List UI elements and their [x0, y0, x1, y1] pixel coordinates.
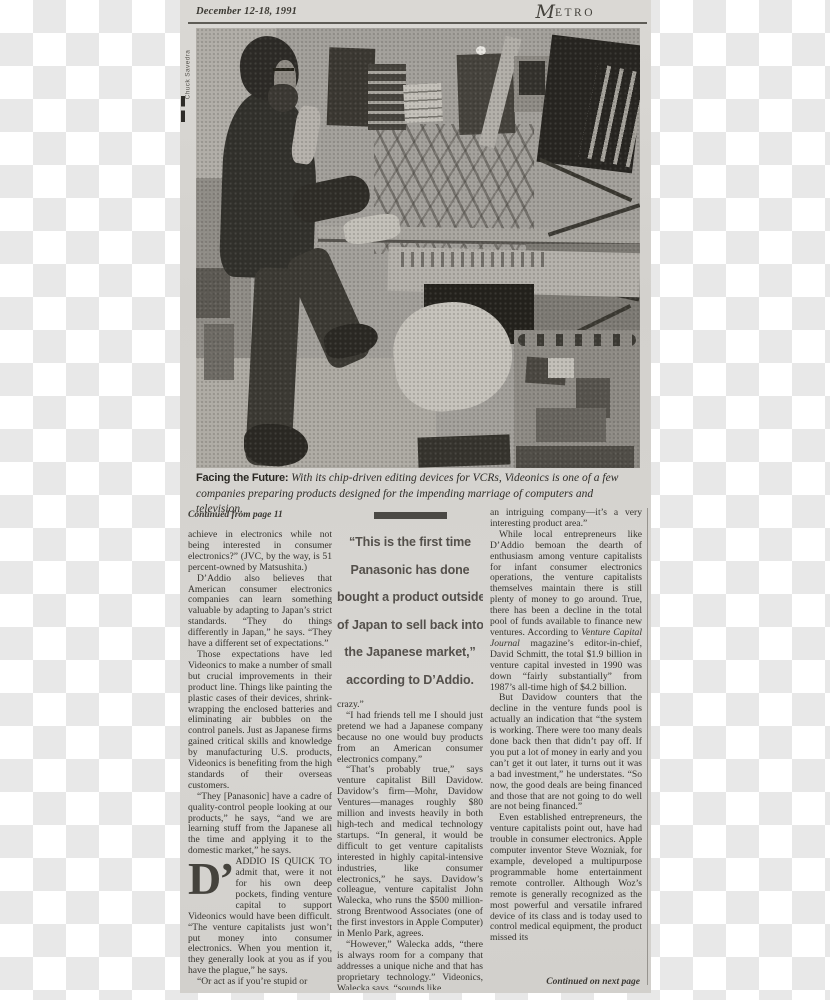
- paragraph: “Or act as if you’re stupid or: [188, 977, 332, 988]
- paragraph: “That’s probably true,” says venture cap…: [337, 765, 483, 940]
- news-photo: [196, 28, 640, 468]
- header-rule: [188, 22, 647, 24]
- pull-quote-line: bought a product outside: [337, 590, 483, 604]
- paragraph: Even established entrepreneurs, the vent…: [490, 813, 642, 944]
- photo-man-boot: [244, 424, 308, 466]
- photo-man-beard: [268, 84, 298, 112]
- pull-quote: “This is the first time Panasonic has do…: [337, 512, 483, 687]
- paragraph: achieve in electronics while not being i…: [188, 530, 332, 574]
- drop-cap: D’: [188, 859, 233, 905]
- pull-quote-bar: [374, 512, 447, 519]
- continued-next: Continued on next page: [546, 977, 640, 987]
- masthead-initial: M: [536, 1, 555, 23]
- paragraph: Those expectations have led Videonics to…: [188, 650, 332, 792]
- photo-knob-row: [518, 334, 636, 346]
- transparency-checkerboard: December 12-18, 1991 METRO Chuck Savedra: [0, 0, 830, 1000]
- photo-circuit-part: [536, 408, 606, 442]
- masthead: METRO: [536, 1, 596, 23]
- paragraph: “I had friends tell me I should just pre…: [337, 711, 483, 766]
- column-middle: “This is the first time Panasonic has do…: [337, 508, 483, 990]
- paragraph: But Davidow counters that the decline in…: [490, 693, 642, 813]
- photo-bench-connectors: [401, 252, 551, 267]
- caption-label: Facing the Future:: [196, 472, 288, 484]
- paragraph: “They [Panasonic] have a cadre of qualit…: [188, 792, 332, 857]
- photo-labeled-box: [403, 83, 443, 123]
- photo-man-glasses: [273, 68, 294, 71]
- newspaper-page: December 12-18, 1991 METRO Chuck Savedra: [180, 0, 651, 993]
- paragraph-text: While local entrepreneurs like D’Addio b…: [490, 529, 642, 638]
- paragraph: an intriguing company—it’s a very intere…: [490, 508, 642, 530]
- paragraph-dropcap: D’ADDIO IS QUICK TO admit that, were it …: [188, 857, 332, 977]
- photo-side-equipment: [196, 268, 230, 318]
- page-edge-mark: [181, 96, 185, 122]
- pull-quote-line: Panasonic has done: [337, 563, 483, 577]
- photo-circuit-part: [548, 358, 574, 378]
- column-right: an intriguing company—it’s a very intere…: [490, 508, 642, 990]
- photo-equipment-rack: [368, 64, 406, 130]
- paragraph: D’Addio also believes that American cons…: [188, 574, 332, 650]
- photo-foreground-device: [516, 446, 634, 468]
- photo-credit: Chuck Savedra: [185, 40, 192, 110]
- photo-bright-spot: [476, 46, 486, 55]
- pull-quote-line: the Japanese market,”: [337, 645, 483, 659]
- continued-from: Continued from page 11: [188, 510, 332, 520]
- pull-quote-line: “This is the first time: [337, 535, 483, 549]
- photo-side-equipment: [204, 324, 234, 380]
- paragraph: “However,” Walecka adds, “there is alway…: [337, 940, 483, 990]
- masthead-rest: ETRO: [555, 7, 595, 19]
- pull-quote-line: according to D’Addio.: [337, 673, 483, 687]
- paragraph: While local entrepreneurs like D’Addio b…: [490, 530, 642, 694]
- photo-monitor-screen: [519, 61, 545, 95]
- column-left: Continued from page 11 achieve in electr…: [188, 508, 332, 990]
- right-column-rule: [647, 508, 648, 985]
- issue-date: December 12-18, 1991: [196, 6, 297, 17]
- pull-quote-line: of Japan to sell back into: [337, 618, 483, 632]
- photo-foreground-device: [418, 434, 511, 467]
